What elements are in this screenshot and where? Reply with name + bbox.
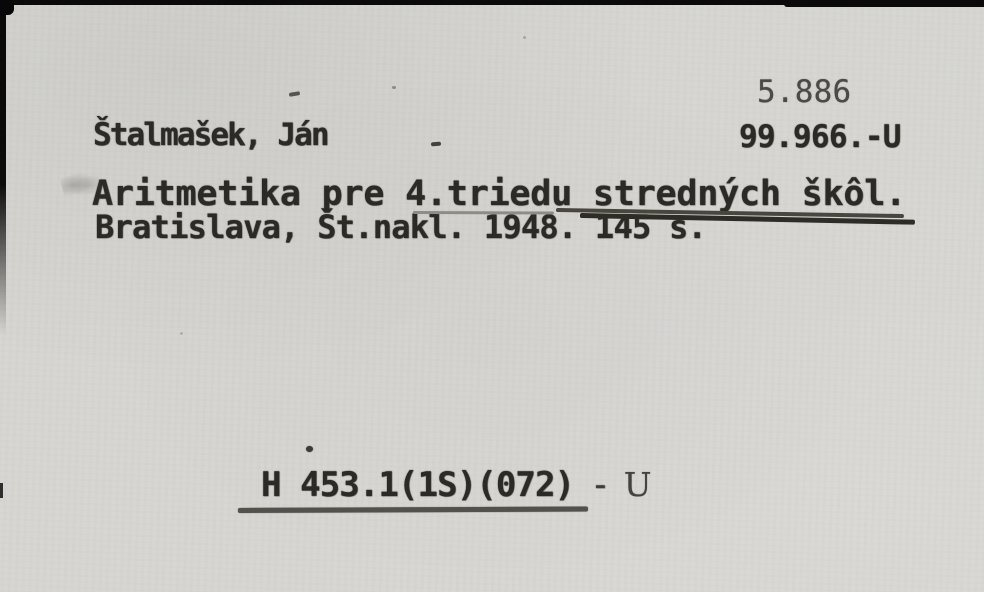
paper-speck (523, 36, 526, 39)
call-number: 99.966.-U (739, 122, 901, 153)
title-line: Aritmetika pre 4.triedu stredných škôl. (92, 177, 906, 212)
author-heading: Štalmašek, Ján (93, 120, 328, 151)
paper-speck (180, 332, 183, 335)
classification-line: H 453.1(1S)(072) - U (261, 468, 651, 502)
title-underline-gray (413, 211, 554, 214)
catalog-card-scan: 5.886 Štalmašek, Ján 99.966.-U Aritmetik… (0, 0, 984, 592)
classification-number: H 453.1(1S)(072) (261, 468, 574, 502)
scan-corner-top-left (0, 0, 14, 15)
classification-suffix: U (624, 468, 651, 501)
scan-edge-top-right (784, 0, 984, 7)
scan-edge-nub (0, 483, 3, 498)
ink-dash-mark-after-name (431, 142, 441, 147)
paper-speck (392, 86, 396, 89)
accession-number: 5.886 (757, 77, 851, 108)
scan-edge-left (0, 0, 6, 335)
classification-separator: - (590, 468, 610, 502)
ink-dot-mark (306, 446, 313, 452)
